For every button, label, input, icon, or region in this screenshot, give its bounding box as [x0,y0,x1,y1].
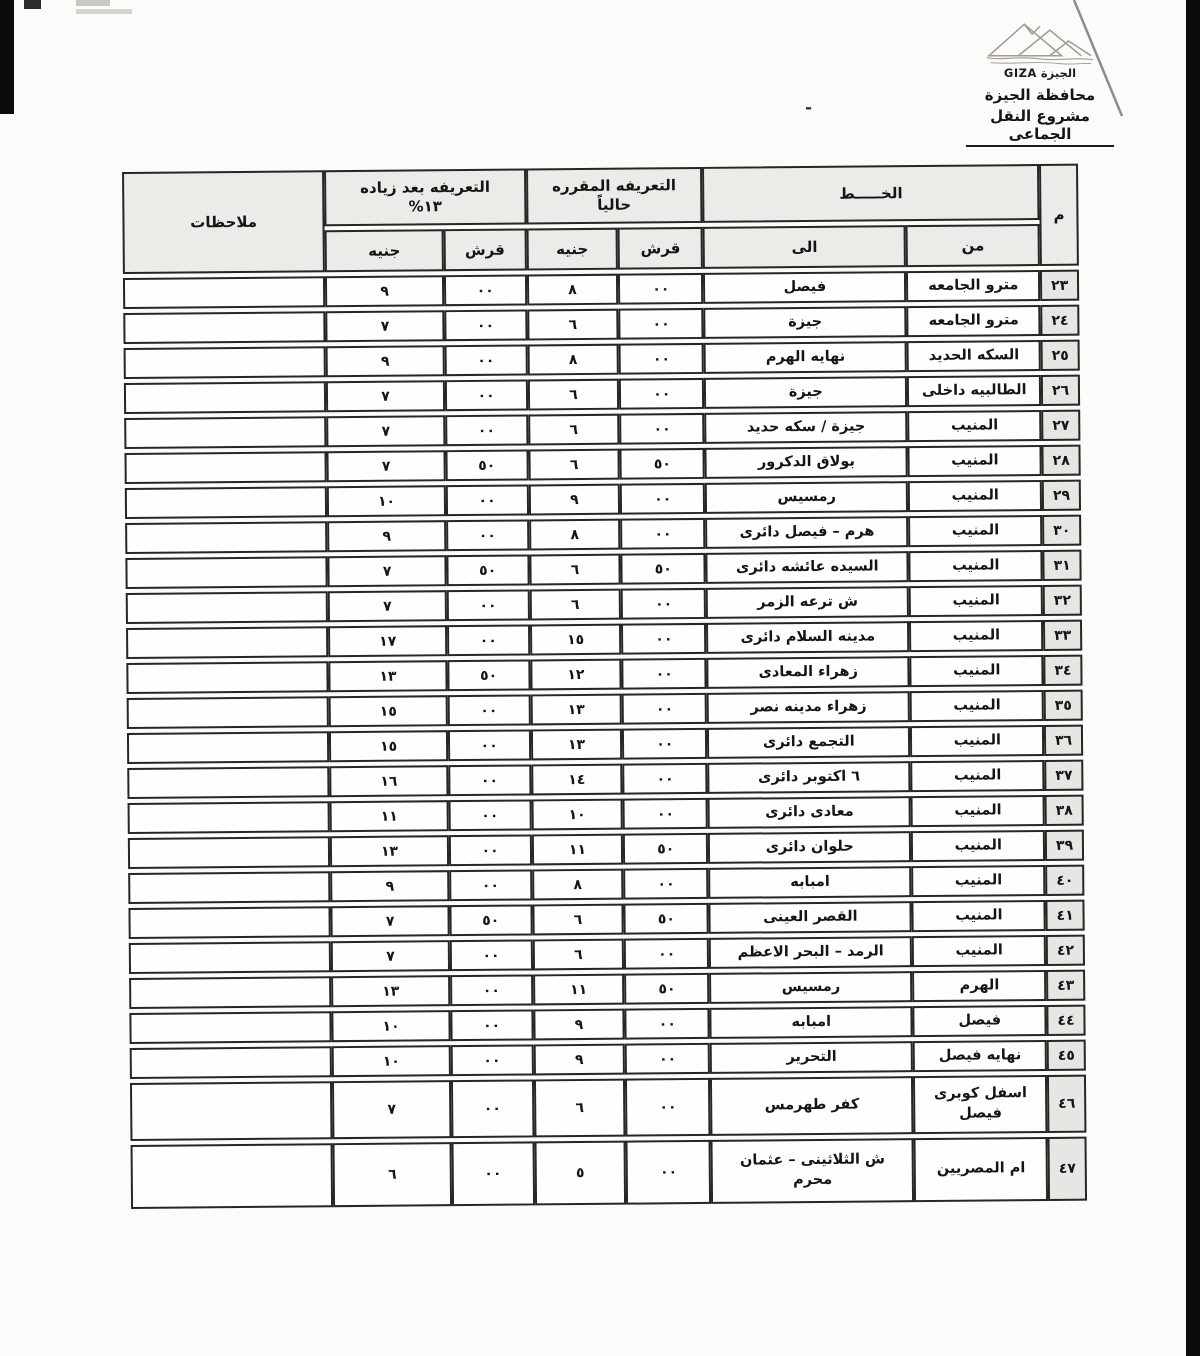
increased-geneh-cell: ٧ [326,415,445,447]
to-cell: ٦ اكتوبر دائرى [707,761,910,794]
from-cell: نهايه فيصل [913,1040,1047,1072]
current-qirsh-cell: ٠٠ [622,728,707,760]
increased-geneh-cell: ١٥ [329,730,448,762]
from-cell: الطالبيه داخلى [907,375,1041,407]
increased-qirsh-cell: ٠٠ [448,764,531,796]
notes-cell [127,696,330,729]
increased-qirsh-cell: ٠٠ [449,834,532,866]
current-qirsh-cell: ٥٠ [624,973,709,1005]
fare-row: ٢٣ مترو الجامعه فيصل ٠٠ ٨ ٠٠ ٩ [123,270,1079,309]
increased-qirsh-cell: ٠٠ [445,379,528,411]
current-geneh-cell: ١٤ [531,764,623,796]
from-cell: المنيب [908,515,1042,547]
project-title: مشروع النقل الجماعى [966,107,1114,147]
to-cell: ش الثلاثينى – عثمان محرم [711,1138,915,1204]
increased-geneh-cell: ١٠ [332,1010,451,1042]
current-qirsh-cell: ٠٠ [618,273,703,305]
from-cell: السكه الحديد [907,340,1041,372]
from-cell: المنيب [911,795,1045,827]
increased-qirsh-cell: ٠٠ [446,589,529,621]
notes-cell [125,521,328,554]
row-number-cell: ٣٥ [1044,690,1083,721]
current-geneh-cell: ١٠ [531,799,623,831]
increased-qirsh-cell: ٠٠ [451,1141,534,1206]
current-geneh-cell: ٦ [532,904,624,936]
notes-cell [128,906,331,939]
fare-row: ٤٢ المنيب الرمد – البحر الاعظم ٠٠ ٦ ٠٠ ٧ [129,935,1085,974]
row-number-cell: ٢٦ [1041,375,1080,406]
col-header-geneh-current: جنيه [526,228,618,271]
increased-geneh-cell: ٧ [331,905,450,937]
fare-table-wrapper: م الخـــــط التعريفه المقرره حالياً التع… [122,160,1087,1213]
from-cell: فيصل [913,1005,1047,1037]
notes-cell [129,941,332,974]
notes-cell [126,661,329,694]
current-geneh-cell: ١١ [531,834,623,866]
increased-geneh-cell: ٧ [326,380,445,412]
fare-row: ٣٨ المنيب معادى دائرى ٠٠ ١٠ ٠٠ ١١ [128,795,1084,834]
to-cell: حلوان دائرى [708,831,911,864]
from-cell: المنيب [910,690,1044,722]
col-header-qirsh-current: قرش [618,227,703,270]
to-cell: السيده عائشه دائرى [706,551,909,584]
current-geneh-cell: ٩ [533,1009,625,1041]
current-qirsh-cell: ٠٠ [625,1078,710,1137]
row-number-cell: ٤٥ [1047,1040,1086,1071]
current-qirsh-cell: ٠٠ [622,658,707,690]
fare-row: ٤٦ اسفل كوبرى فيصل كفر طهرمس ٠٠ ٦ ٠٠ ٧ [130,1075,1086,1141]
fare-row: ٣٢ المنيب ش ترعه الزمر ٠٠ ٦ ٠٠ ٧ [126,585,1082,624]
scan-remnant-line [76,0,110,6]
notes-cell [129,1011,332,1044]
increased-qirsh-cell: ٠٠ [444,309,527,341]
increased-qirsh-cell: ٥٠ [446,554,529,586]
increased-geneh-cell: ١٧ [328,625,447,657]
current-qirsh-cell: ٠٠ [623,763,708,795]
notes-cell [124,346,327,379]
increased-geneh-cell: ١٣ [330,835,449,867]
giza-pyramids-logo-icon [981,12,1099,70]
to-cell: مدينه السلام دائرى [706,621,909,654]
to-cell: التحرير [710,1041,913,1074]
scanned-document-page: { "header": { "logo_caption": "الجيزة GI… [0,0,1200,1356]
increased-geneh-cell: ٩ [327,520,446,552]
fare-row: ٤٣ الهرم رمسيس ٥٠ ١١ ٠٠ ١٣ [129,970,1085,1009]
to-cell: كفر طهرمس [710,1076,914,1136]
increased-qirsh-cell: ٠٠ [447,624,530,656]
to-cell: رمسيس [705,481,908,514]
current-qirsh-cell: ٠٠ [626,1140,711,1205]
notes-cell [124,451,327,484]
scan-edge-strip-left [0,0,14,114]
row-number-cell: ٤٢ [1046,935,1085,966]
fare-row: ٣٠ المنيب هرم – فيصل دائرى ٠٠ ٨ ٠٠ ٩ [125,515,1081,554]
increased-qirsh-cell: ٠٠ [447,694,530,726]
current-geneh-cell: ٦ [527,309,619,341]
col-header-notes: ملاحظات [122,170,325,274]
current-qirsh-cell: ٠٠ [620,483,705,515]
current-geneh-cell: ٨ [527,344,619,376]
from-cell: المنيب [912,935,1046,967]
to-cell: زهراء مدينه نصر [707,691,910,724]
fare-row: ٣٤ المنيب زهراء المعادى ٠٠ ١٢ ٥٠ ١٣ [126,655,1082,694]
from-cell: المنيب [909,620,1043,652]
from-cell: المنيب [911,830,1045,862]
row-number-cell: ٤٠ [1045,865,1084,896]
col-header-number: م [1039,164,1079,266]
current-geneh-cell: ١٥ [529,624,621,656]
row-number-cell: ٣٧ [1044,760,1083,791]
col-header-from: من [906,224,1040,267]
col-header-current-tariff-group: التعريفه المقرره حالياً [526,167,703,225]
increased-qirsh-cell: ٠٠ [448,799,531,831]
notes-cell [128,836,331,869]
current-geneh-cell: ٨ [532,869,624,901]
increased-qirsh-cell: ٠٠ [450,974,533,1006]
to-cell: بولاق الدكرور [705,446,908,479]
current-qirsh-cell: ٠٠ [621,623,706,655]
row-number-cell: ٢٧ [1041,410,1080,441]
current-tariff-line1: التعريفه المقرره [552,176,676,195]
increased-geneh-cell: ١٦ [330,765,449,797]
row-number-cell: ٢٥ [1041,340,1080,371]
to-cell: جيزة [704,376,907,409]
notes-cell [124,416,327,449]
row-number-cell: ٤٤ [1047,1005,1086,1036]
to-cell: هرم – فيصل دائرى [705,516,908,549]
to-cell: امبابه [710,1006,913,1039]
current-geneh-cell: ٦ [528,414,620,446]
from-cell: المنيب [911,760,1045,792]
row-number-cell: ٢٣ [1040,270,1079,301]
to-cell: معادى دائرى [708,796,911,829]
increased-geneh-cell: ٦ [333,1142,452,1207]
increased-qirsh-cell: ٠٠ [450,1044,533,1076]
from-cell: المنيب [909,585,1043,617]
increased-qirsh-cell: ٠٠ [450,939,533,971]
current-geneh-cell: ٦ [533,1079,625,1138]
current-geneh-cell: ١٣ [530,729,622,761]
increased-geneh-cell: ٩ [330,870,449,902]
fare-row: ٣٩ المنيب حلوان دائرى ٥٠ ١١ ٠٠ ١٣ [128,830,1084,869]
increased-geneh-cell: ٧ [327,450,446,482]
to-cell: جيزة / سكه حديد [704,411,907,444]
notes-cell [131,1143,334,1209]
increased-qirsh-cell: ٠٠ [446,519,529,551]
to-cell: القصر العينى [709,901,912,934]
increased-qirsh-cell: ٠٠ [444,344,527,376]
row-number-cell: ٤٦ [1047,1075,1086,1133]
current-geneh-cell: ٥ [534,1141,626,1206]
fare-row: ٢٥ السكه الحديد نهايه الهرم ٠٠ ٨ ٠٠ ٩ [124,340,1080,379]
scan-corner-mark [24,0,41,9]
row-number-cell: ٢٨ [1042,445,1081,476]
col-header-qirsh-increased: قرش [443,228,526,271]
to-cell: الرمد – البحر الاعظم [709,936,912,969]
to-cell: زهراء المعادى [706,656,909,689]
increased-geneh-cell: ١٣ [331,975,450,1007]
notes-cell [127,731,330,764]
row-number-cell: ٢٤ [1040,305,1079,336]
current-qirsh-cell: ٠٠ [619,378,704,410]
to-cell: التجمع دائرى [707,726,910,759]
from-cell: المنيب [912,865,1046,897]
from-cell: المنيب [908,410,1042,442]
increased-geneh-cell: ١٥ [329,695,448,727]
current-tariff-line2: حالياً [532,195,697,215]
increased-qirsh-cell: ٠٠ [448,729,531,761]
current-geneh-cell: ٨ [529,519,621,551]
increased-qirsh-cell: ٠٠ [450,1009,533,1041]
current-qirsh-cell: ٠٠ [624,868,709,900]
current-qirsh-cell: ٠٠ [621,588,706,620]
from-cell: المنيب [912,900,1046,932]
fare-row: ٢٩ المنيب رمسيس ٠٠ ٩ ٠٠ ١٠ [125,480,1081,519]
current-qirsh-cell: ٥٠ [623,833,708,865]
to-cell: فيصل [703,271,906,304]
current-geneh-cell: ١٣ [530,694,622,726]
fare-row: ٣١ المنيب السيده عائشه دائرى ٥٠ ٦ ٥٠ ٧ [125,550,1081,589]
current-geneh-cell: ١٢ [530,659,622,691]
increased-qirsh-cell: ٥٠ [449,904,532,936]
to-cell: ش ترعه الزمر [706,586,909,619]
notes-cell [125,486,328,519]
fare-row: ٢٧ المنيب جيزة / سكه حديد ٠٠ ٦ ٠٠ ٧ [124,410,1080,449]
fare-table: م الخـــــط التعريفه المقرره حالياً التع… [122,160,1087,1213]
fare-row: ٤٤ فيصل امبابه ٠٠ ٩ ٠٠ ١٠ [129,1005,1085,1044]
increased-qirsh-cell: ٠٠ [444,274,527,306]
current-qirsh-cell: ٠٠ [625,1008,710,1040]
notes-cell [124,381,327,414]
row-number-cell: ٣٤ [1043,655,1082,686]
current-geneh-cell: ٨ [526,274,618,306]
from-cell: المنيب [908,480,1042,512]
row-number-cell: ٣٠ [1042,515,1081,546]
current-geneh-cell: ١١ [533,974,625,1006]
current-qirsh-cell: ٠٠ [619,308,704,340]
increased-qirsh-cell: ٥٠ [447,659,530,691]
fare-row: ٢٨ المنيب بولاق الدكرور ٥٠ ٦ ٥٠ ٧ [124,445,1080,484]
logo-caption: الجيزة GIZA [966,66,1114,80]
increased-geneh-cell: ٩ [325,275,444,307]
current-geneh-cell: ٦ [529,589,621,621]
col-header-increased-tariff-group: التعريفه بعد زياده ١٣% [324,168,526,226]
fare-row: ٣٦ المنيب التجمع دائرى ٠٠ ١٣ ٠٠ ١٥ [127,725,1083,764]
fare-row: ٣٧ المنيب ٦ اكتوبر دائرى ٠٠ ١٤ ٠٠ ١٦ [127,760,1083,799]
page-dash-mark: - [805,98,812,118]
scan-remnant-line [76,9,132,14]
notes-cell [129,976,332,1009]
fare-row: ٣٣ المنيب مدينه السلام دائرى ٠٠ ١٥ ٠٠ ١٧ [126,620,1082,659]
fare-row: ٤٠ المنيب امبابه ٠٠ ٨ ٠٠ ٩ [128,865,1084,904]
notes-cell [126,626,329,659]
from-cell: مترو الجامعه [907,305,1041,337]
notes-cell [127,766,330,799]
notes-cell [126,591,329,624]
increased-geneh-cell: ٧ [332,1080,451,1139]
row-number-cell: ٣١ [1043,550,1082,581]
increased-geneh-cell: ١٠ [327,485,446,517]
to-cell: جيزة [703,306,906,339]
notes-cell [125,556,328,589]
current-qirsh-cell: ٥٠ [624,903,709,935]
current-geneh-cell: ٩ [528,484,620,516]
row-number-cell: ٣٩ [1045,830,1084,861]
increased-geneh-cell: ١٣ [329,660,448,692]
row-number-cell: ٣٦ [1044,725,1083,756]
current-geneh-cell: ٦ [532,939,624,971]
row-number-cell: ٤٣ [1046,970,1085,1001]
fare-row: ٤٧ ام المصريين ش الثلاثينى – عثمان محرم … [131,1137,1088,1209]
current-qirsh-cell: ٠٠ [621,518,706,550]
current-qirsh-cell: ٠٠ [624,938,709,970]
increased-qirsh-cell: ٥٠ [445,449,528,481]
current-qirsh-cell: ٥٠ [621,553,706,585]
current-geneh-cell: ٩ [533,1044,625,1076]
current-qirsh-cell: ٠٠ [619,343,704,375]
row-number-cell: ٣٨ [1045,795,1084,826]
notes-cell [130,1081,333,1141]
fare-row: ٣٥ المنيب زهراء مدينه نصر ٠٠ ١٣ ٠٠ ١٥ [127,690,1083,729]
increased-geneh-cell: ٧ [328,555,447,587]
increased-geneh-cell: ٩ [326,345,445,377]
giza-letterhead: الجيزة GIZA محافظة الجيزة مشروع النقل ال… [966,12,1114,147]
to-cell: امبابه [708,866,911,899]
increased-qirsh-cell: ٠٠ [446,484,529,516]
from-cell: اسفل كوبرى فيصل [913,1075,1047,1134]
notes-cell [123,311,326,344]
current-geneh-cell: ٦ [527,379,619,411]
fare-row: ٢٤ مترو الجامعه جيزة ٠٠ ٦ ٠٠ ٧ [123,305,1079,344]
increased-geneh-cell: ٧ [326,310,445,342]
increased-geneh-cell: ٧ [328,590,447,622]
to-cell: نهايه الهرم [704,341,907,374]
current-qirsh-cell: ٥٠ [620,448,705,480]
current-geneh-cell: ٦ [528,449,620,481]
current-qirsh-cell: ٠٠ [622,693,707,725]
increased-qirsh-cell: ٠٠ [451,1079,534,1138]
fare-row: ٤٥ نهايه فيصل التحرير ٠٠ ٩ ٠٠ ١٠ [130,1040,1086,1079]
scan-edge-strip-right [1186,0,1200,1356]
current-qirsh-cell: ٠٠ [620,413,705,445]
row-number-cell: ٢٩ [1042,480,1081,511]
from-cell: المنيب [910,655,1044,687]
from-cell: المنيب [909,550,1043,582]
from-cell: المنيب [910,725,1044,757]
increased-tariff-line2: ١٣% [331,197,520,217]
notes-cell [123,276,326,309]
current-qirsh-cell: ٠٠ [623,798,708,830]
row-number-cell: ٣٢ [1043,585,1082,616]
notes-cell [128,801,331,834]
from-cell: مترو الجامعه [906,270,1040,302]
increased-qirsh-cell: ٠٠ [445,414,528,446]
current-geneh-cell: ٦ [529,554,621,586]
from-cell: الهرم [912,970,1046,1002]
notes-cell [130,1046,333,1079]
col-header-to: الى [703,225,907,269]
row-number-cell: ٤١ [1046,900,1085,931]
col-header-line-group: الخـــــط [702,164,1039,223]
increased-geneh-cell: ١٠ [332,1045,451,1077]
fare-row: ٤١ المنيب القصر العينى ٥٠ ٦ ٥٠ ٧ [128,900,1084,939]
increased-geneh-cell: ٧ [331,940,450,972]
fare-row: ٢٦ الطالبيه داخلى جيزة ٠٠ ٦ ٠٠ ٧ [124,375,1080,414]
to-cell: رمسيس [709,971,912,1004]
increased-qirsh-cell: ٠٠ [449,869,532,901]
from-cell: المنيب [908,445,1042,477]
from-cell: ام المصريين [914,1137,1048,1202]
increased-geneh-cell: ١١ [330,800,449,832]
row-number-cell: ٣٣ [1043,620,1082,651]
row-number-cell: ٤٧ [1048,1137,1087,1201]
notes-cell [128,871,331,904]
governorate-name: محافظة الجيزة [966,86,1114,104]
increased-tariff-line1: التعريفه بعد زياده [360,178,490,197]
current-qirsh-cell: ٠٠ [625,1043,710,1075]
col-header-geneh-increased: جنيه [325,229,444,272]
fare-table-body: ٢٣ مترو الجامعه فيصل ٠٠ ٨ ٠٠ ٩ ٢٤ مترو ا… [123,270,1087,1209]
